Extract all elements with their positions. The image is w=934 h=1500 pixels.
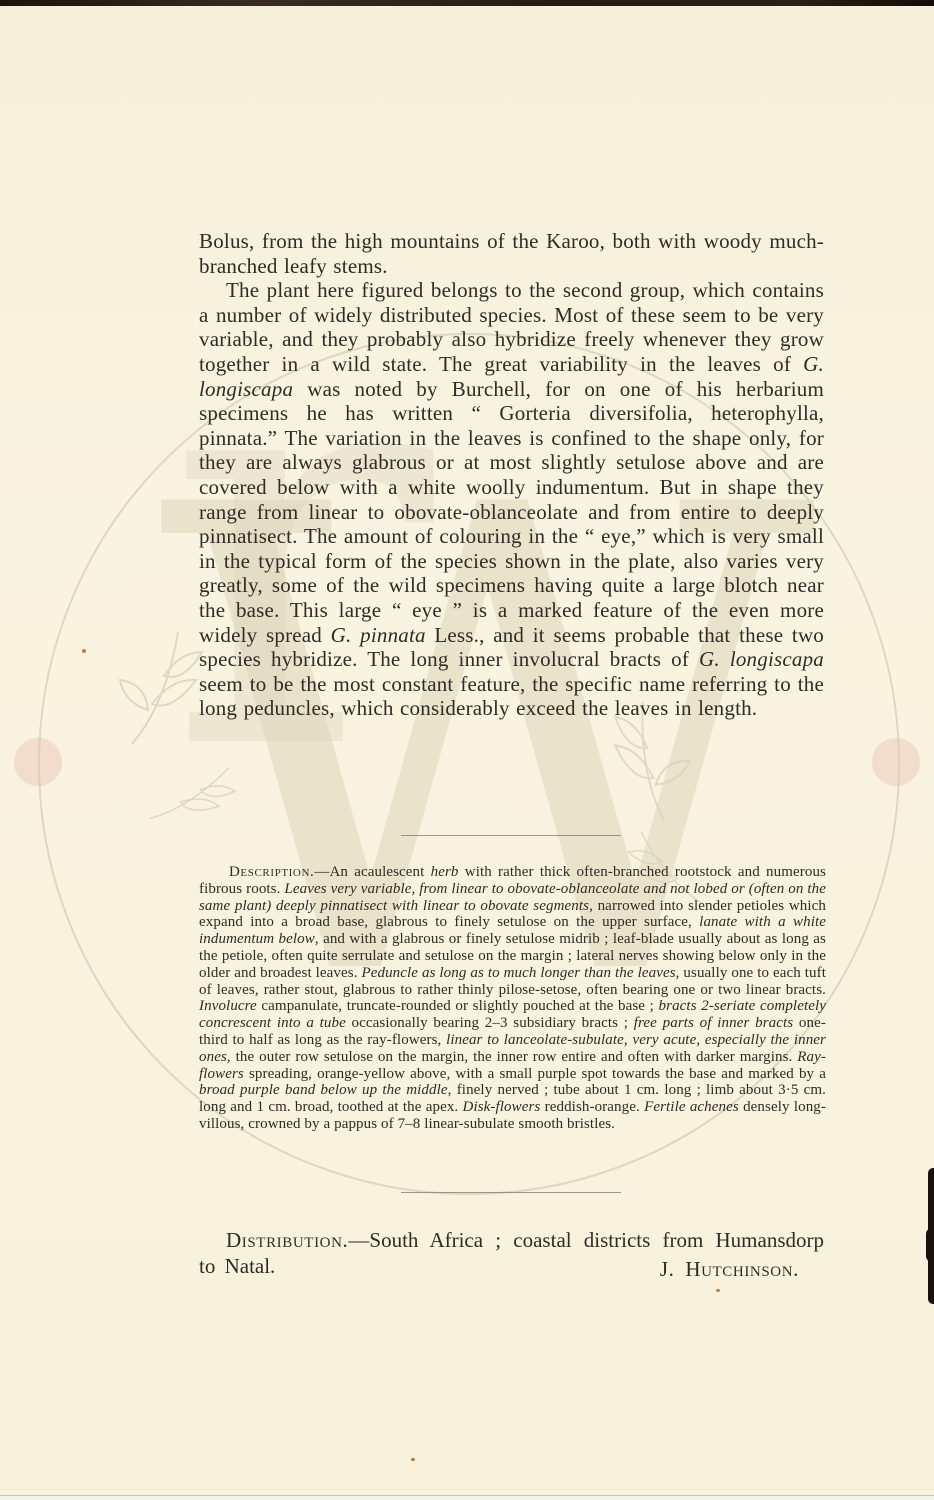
- paragraph-continuation: Bolus, from the high mountains of the Ka…: [199, 229, 824, 278]
- main-text-block: Bolus, from the high mountains of the Ka…: [199, 229, 824, 721]
- section-divider: [401, 835, 621, 836]
- section-divider: [401, 1192, 621, 1193]
- scanned-book-page: r W Bolus, from th: [0, 0, 934, 1500]
- paragraph-main: The plant here figured belongs to the se…: [199, 278, 824, 721]
- description-paragraph: Description.—An acaulescent herb with ra…: [199, 864, 826, 1133]
- author-name: J. Hutchinson.: [660, 1257, 799, 1281]
- text-layer: Bolus, from the high mountains of the Ka…: [0, 0, 934, 1500]
- author-signature: J. Hutchinson.: [199, 1257, 799, 1282]
